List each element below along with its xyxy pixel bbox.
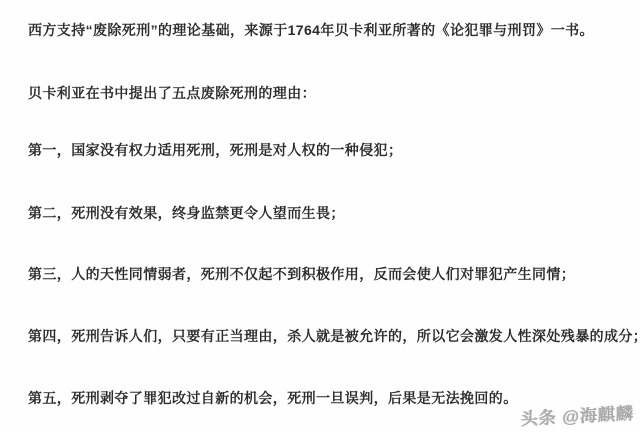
paragraph-intro: 西方支持“废除死刑”的理论基础，来源于1764年贝卡利亚所著的《论犯罪与刑罚》一… <box>28 21 626 40</box>
paragraph-lead: 贝卡利亚在书中提出了五点废除死刑的理由： <box>28 84 626 103</box>
paragraph-reason-3: 第三，人的天性同情弱者，死刑不仅起不到积极作用，反而会使人们对罪犯产生同情； <box>28 265 626 284</box>
paragraph-reason-4: 第四，死刑告诉人们，只要有正当理由，杀人就是被允许的，所以它会激发人性深处残暴的… <box>28 327 626 346</box>
paragraph-reason-2: 第二，死刑没有效果，终身监禁更令人望而生畏； <box>28 204 626 223</box>
toutiao-author-watermark: 头条 @海麒麟 <box>520 399 634 430</box>
paragraph-reason-1: 第一，国家没有权力适用死刑，死刑是对人权的一种侵犯； <box>28 141 626 160</box>
article-page: 西方支持“废除死刑”的理论基础，来源于1764年贝卡利亚所著的《论犯罪与刑罚》一… <box>0 0 640 432</box>
